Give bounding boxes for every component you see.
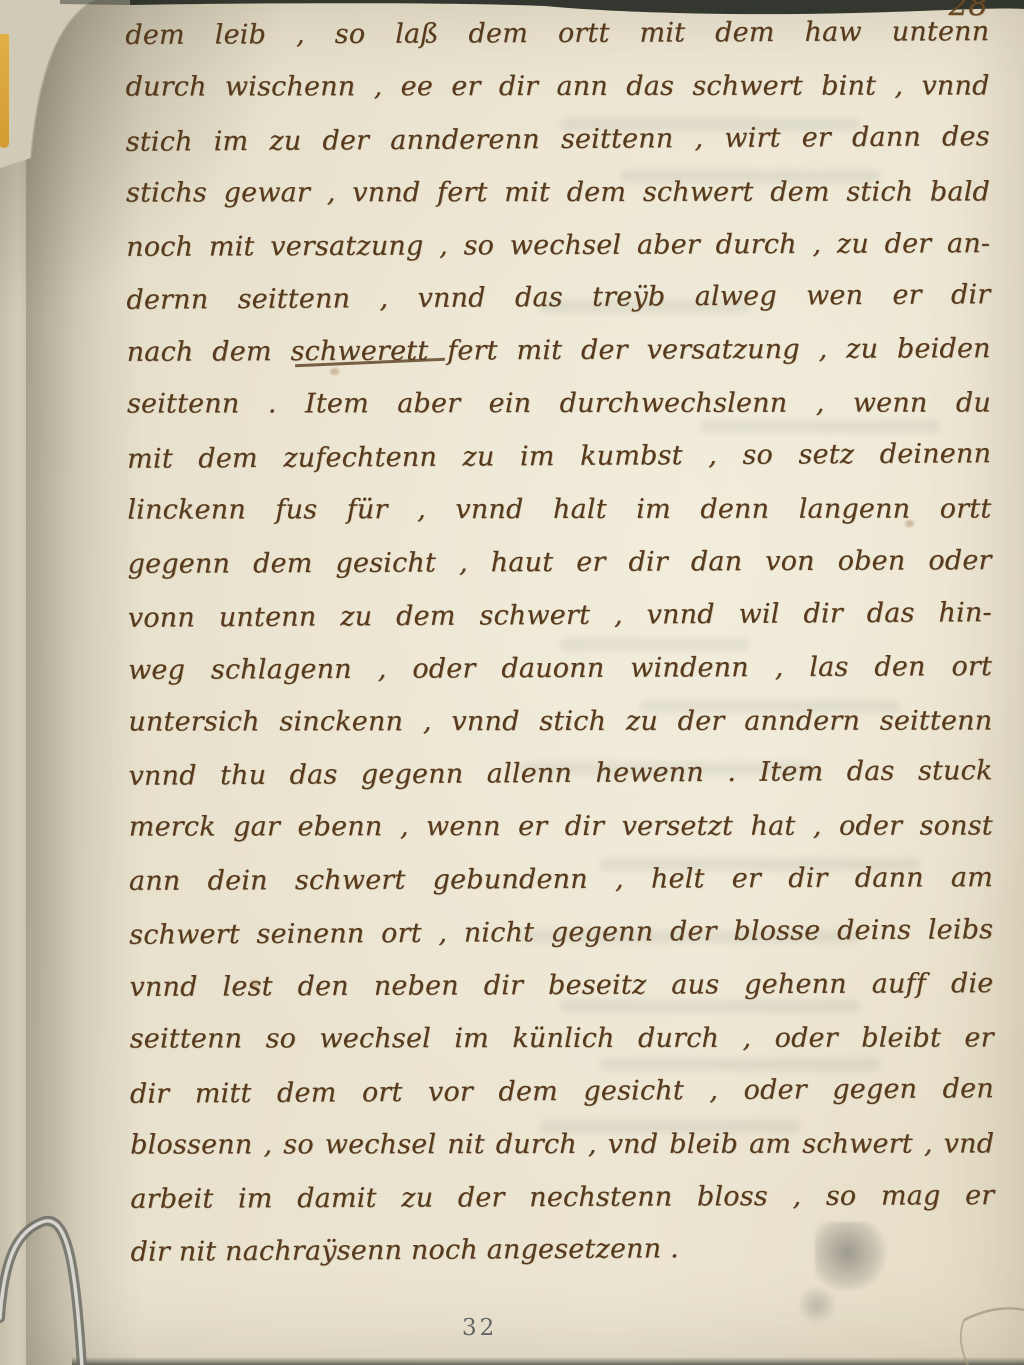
- paper-clip: [0, 1198, 108, 1365]
- page-number: 32: [462, 1315, 497, 1341]
- manuscript-line: linckenn fus für , vnnd halt im denn lan…: [127, 493, 991, 547]
- manuscript-line: dernn seittenn , vnnd das treÿb alweg we…: [126, 280, 990, 338]
- manuscript-line: untersich sinckenn , vnnd stich zu der a…: [128, 705, 992, 759]
- manuscript-line: noch mit versatzung , so wechsel aber du…: [126, 228, 990, 285]
- page-corner-curl: [938, 1288, 1024, 1365]
- manuscript-line: schwert seinenn ort , nicht gegenn der b…: [129, 914, 993, 972]
- gutter-shadow: [27, 0, 142, 1365]
- manuscript-line: stich im zu der annderenn seittenn , wir…: [126, 121, 990, 179]
- ink-smudge: [800, 1282, 834, 1328]
- yellow-book-edge: [0, 34, 9, 148]
- manuscript-line: vonn untenn zu dem schwert , vnnd wil di…: [128, 597, 992, 655]
- left-page-edge: [0, 0, 27, 1365]
- ink-smudge: [815, 1222, 887, 1290]
- manuscript-line: stichs gewar , vnnd fert mit dem schwert…: [126, 176, 990, 230]
- bottom-edge-shadow: [72, 1357, 1024, 1365]
- manuscript-line: durch wischenn , ee er dir ann das schwe…: [126, 70, 990, 124]
- manuscript-line: seittenn so wechsel im künlich durch , o…: [130, 1022, 994, 1076]
- manuscript-line: merck gar ebenn , wenn er dir versetzt h…: [129, 811, 993, 865]
- manuscript-line: dir mitt dem ort vor dem gesicht , oder …: [130, 1073, 994, 1131]
- manuscript-line: mit dem zufechtenn zu im kumbst , so set…: [127, 438, 991, 496]
- manuscript-line: nach dem schwerett fert mit der versatzu…: [127, 333, 991, 390]
- manuscript-line: vnnd lest den neben dir beseitz aus gehe…: [129, 968, 993, 1025]
- manuscript-page: 28 dem leib , so laß dem ortt mit dem ha…: [0, 0, 1024, 1365]
- page-corner-curve: [0, 0, 140, 170]
- manuscript-text: dem leib , so laß dem ortt mit dem haw u…: [125, 16, 995, 1289]
- manuscript-line: vnnd thu das gegenn allenn hewenn . Item…: [128, 756, 992, 814]
- manuscript-line: seittenn . Item aber ein durchwechslenn …: [127, 388, 991, 442]
- manuscript-line: dem leib , so laß dem ortt mit dem haw u…: [125, 16, 989, 73]
- manuscript-line: blossenn , so wechsel nit durch , vnd bl…: [130, 1128, 994, 1182]
- manuscript-line: weg schlagenn , oder dauonn windenn , la…: [128, 651, 992, 708]
- manuscript-line: gegenn dem gesicht , haut er dir dan von…: [128, 545, 992, 602]
- manuscript-line: ann dein schwert gebundenn , helt er dir…: [129, 862, 993, 919]
